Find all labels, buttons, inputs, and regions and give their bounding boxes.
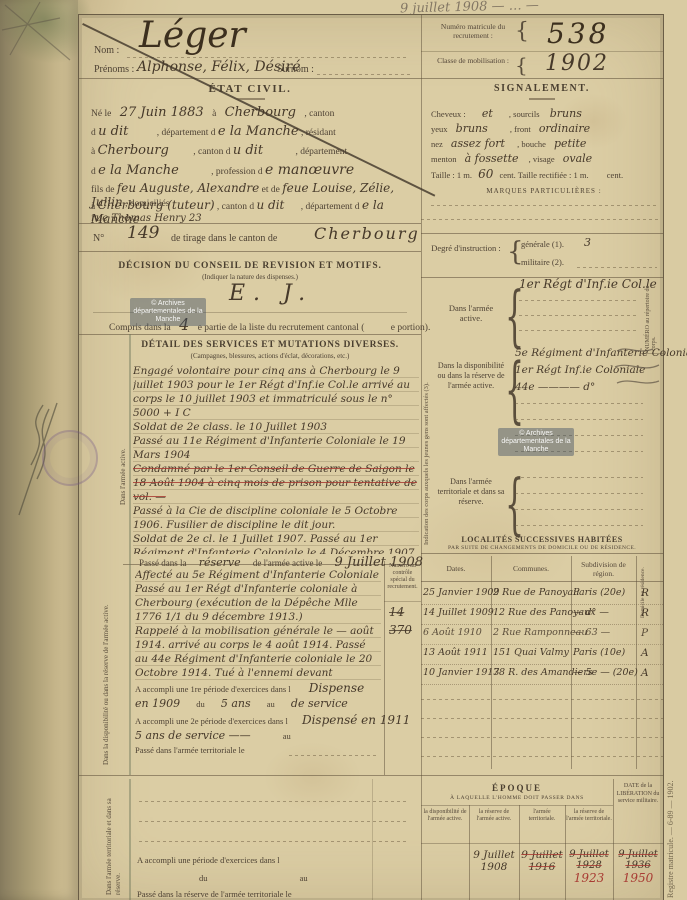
ec-birthdate: 27 Juin 1883	[120, 105, 204, 120]
front-label: , front	[510, 124, 531, 134]
localite-subdivision: — 5e — (20e)	[573, 667, 638, 678]
scanned-page: 9 juillet 1908 — … — Registre matricule.…	[0, 0, 687, 900]
epoque-col4-old: 9 Juillet 1928	[569, 849, 609, 871]
cheveux-label: Cheveux :	[431, 109, 466, 119]
localite-row: 10 Janvier 1913 78 R. des Amandiers — 5e…	[421, 665, 663, 685]
ec-l3-label: à	[91, 147, 95, 157]
localite-date: 14 Juillet 1909	[423, 607, 494, 618]
visage-label: , visage	[529, 154, 555, 164]
empty-row-line	[421, 737, 663, 738]
taille-label: Taille : 1 m.	[431, 170, 472, 180]
epoque-col3-value: 9 Juillet 1916	[520, 849, 564, 873]
service-entry: Soldat de 2e cl. le 1 Juillet 1907. Pass…	[133, 532, 419, 554]
prenoms-label: Prénoms :	[94, 64, 134, 75]
epoque-col2-value: 9 Juillet 1908	[471, 849, 517, 873]
corps-dispo-label: Dans la disponibilité ou dans la réserve…	[435, 361, 507, 391]
archive-watermark: © Archives départementales de la Manche	[130, 298, 206, 326]
territorial-line2: Passé dans la réserve de l'armée territo…	[137, 889, 292, 899]
ec-domicile: Cherbourg (tuteur)	[98, 198, 215, 212]
epoque-subtitle: À LAQUELLE L'HOMME DOIT PASSER DANS	[421, 795, 613, 801]
epoque-title: ÉPOQUE	[421, 783, 613, 793]
controle-value: 370	[389, 623, 419, 641]
periode1-value: Dispense	[309, 681, 364, 695]
bouche-value: petite	[554, 137, 586, 150]
yeux-value: bruns	[456, 122, 488, 135]
nez-label: nez	[431, 139, 443, 149]
territorial-du: du	[199, 873, 208, 883]
corps-line	[519, 330, 639, 331]
tirage-text: de tirage dans le canton de	[171, 233, 277, 244]
corps-active-value: 1er Régt d'Inf.ie Col.le	[519, 277, 657, 291]
nom-fill-line	[127, 57, 407, 58]
localite-domicile-letter: R	[641, 587, 649, 599]
rule	[79, 78, 663, 79]
instruction-militaire-label: militaire (2).	[521, 257, 564, 267]
territorial-line1: A accompli une période d'exercices dans …	[137, 855, 280, 865]
instruction-line	[577, 267, 657, 268]
periode2-service: 5 ans de service ——	[135, 729, 251, 742]
sourcils-label: , sourcils	[509, 109, 540, 119]
matricule-label: Numéro matricule du recrutement :	[434, 23, 512, 40]
controle-values: 14 370	[389, 605, 419, 641]
taille-rectifiee-label: cent. Taille rectifiée : 1 m.	[499, 170, 588, 180]
menton-value: à fossette	[465, 152, 519, 165]
service-entry: Rappelé à la mobilisation générale le — …	[135, 624, 381, 680]
epoque-col2-label: la réserve de l'armée active.	[470, 809, 518, 823]
rule	[129, 779, 131, 900]
title-underline	[237, 98, 265, 100]
empty-row-line	[421, 756, 663, 757]
sig-row-cheveux: Cheveux : et , sourcils bruns	[431, 107, 657, 122]
epoque-date-corrected: 1950	[615, 871, 661, 885]
ec-l1-canton: , canton	[304, 109, 334, 119]
matricule-value: 538	[547, 17, 609, 50]
service-entry: Affecté au 5e Régiment d'Infanterie Colo…	[135, 568, 381, 582]
epoque-date-old: 9 Juillet 1936	[618, 849, 658, 871]
ec-line2: d u dit , département d e la Manche , ré…	[91, 124, 413, 143]
localites-col-communes: Communes.	[493, 565, 569, 574]
epoque-date-label: DATE de la LIBÉRATION du service militai…	[615, 783, 661, 806]
periode1-du: du	[196, 699, 205, 709]
fill-line	[139, 841, 409, 842]
services-reserve-margin-label: Dans la disponibilité ou dans la réserve…	[101, 575, 123, 765]
corps-active-label: Dans l'armée active.	[439, 303, 503, 323]
epoque-col4-label: la réserve de l'armée territoriale.	[566, 809, 612, 823]
title-underline	[529, 98, 555, 100]
corps-territoriale-brace	[505, 467, 524, 544]
periode1-from: 5 ans	[221, 697, 251, 710]
epoque-date-value: 9 Juillet 1936 1950	[615, 849, 661, 885]
etat-civil-title: ÉTAT CIVIL.	[79, 83, 421, 95]
corps-line	[515, 403, 643, 404]
registre-matricule-sheet: Nom : Léger Prénoms : Alphonse, Félix, D…	[78, 14, 664, 900]
localites-title: LOCALITÉS SUCCESSIVES HABITÉES	[421, 535, 663, 544]
passe-b: de l'armée active le	[253, 558, 322, 568]
services-active-text: Engagé volontaire pour cinq ans à Cherbo…	[133, 364, 419, 554]
spine-note: Registre matricule. — 6-89 — 1902.	[666, 758, 675, 898]
localite-date: 6 Août 1910	[423, 627, 482, 638]
ec-departement2: e la Manche	[98, 163, 179, 178]
localites-subtitle: PAR SUITE DE CHANGEMENTS DE DOMICILE OU …	[421, 545, 663, 551]
ec-residence: Cherbourg	[98, 143, 169, 158]
front-value: ordinaire	[539, 122, 590, 135]
repertoire-label: NUMÉRO au répertoire du corps.	[645, 281, 657, 351]
rule	[129, 334, 131, 775]
localite-subdivision: — d° —	[573, 607, 609, 618]
ec-birthplace: Cherbourg	[225, 105, 296, 120]
rule	[372, 779, 373, 900]
territorial-margin-label: Dans l'armée territoriale et dans sa rés…	[105, 790, 123, 895]
periode1-au: au	[267, 699, 275, 709]
ec-line1: Né le 27 Juin 1883 à Cherbourg , canton	[91, 105, 413, 124]
decision-subtitle: (Indiquer la nature des dispenses.)	[79, 273, 421, 281]
tirage-canton: Cherbourg	[314, 224, 420, 243]
services-active-margin-label: Dans l'armée active.	[119, 375, 127, 505]
surnom-fill-line	[317, 74, 412, 75]
localite-row: 14 Juillet 1909 12 Rue des Panoyaux — d°…	[421, 605, 663, 625]
fill-line	[139, 821, 409, 822]
ec-line4: d e la Manche , profession d e manœuvre	[91, 162, 413, 181]
service-entry: Passé au 11e Régiment d'Infanterie Colon…	[133, 434, 419, 462]
epoque-col4-value: 9 Juillet 1928 1923	[566, 849, 612, 885]
epoque-col1-label: la disponibilité de l'armée active.	[422, 809, 468, 823]
ec-l6-canton: , canton d	[217, 202, 254, 212]
ec-l2-res: , résidant	[301, 128, 336, 138]
yeux-label: yeux	[431, 124, 448, 134]
tirage-no-label: N°	[93, 233, 104, 244]
nez-value: assez fort	[451, 137, 505, 150]
services-title: DÉTAIL DES SERVICES ET MUTATIONS DIVERSE…	[119, 340, 421, 350]
ec-line5: fils de feu Auguste, Alexandre et de feu…	[91, 181, 413, 198]
localite-domicile-letter: R	[641, 607, 649, 619]
marques-line	[421, 219, 661, 220]
signalement-block: Cheveux : et , sourcils bruns yeux bruns…	[431, 107, 657, 195]
marques-line	[431, 205, 657, 206]
sig-row-menton: menton à fossette , visage ovale	[431, 152, 657, 167]
decision-title: DÉCISION DU CONSEIL DE REVISION ET MOTIF…	[79, 261, 421, 271]
ec-l6-dep: , département d	[301, 202, 360, 212]
service-entry: Condamné par le 1er Conseil de Guerre de…	[133, 462, 419, 504]
services-subtitle: (Campagnes, blessures, actions d'éclat, …	[119, 352, 421, 360]
corps-territoriale-label: Dans l'armée territoriale et dans sa rés…	[435, 477, 507, 507]
empty-row-line	[421, 699, 663, 700]
ec-canton1: u dit	[98, 124, 128, 139]
sig-row-yeux: yeux bruns , front ordinaire	[431, 122, 657, 137]
taille-cent-label: cent.	[607, 170, 623, 180]
service-entry: Passé au 1er Régt d'Infanterie coloniale…	[135, 582, 381, 624]
cheveux-value: et	[482, 107, 493, 120]
localites-col-dates: Dates.	[423, 565, 489, 574]
ec-line6: à Cherbourg (tuteur) , canton d u dit , …	[91, 198, 413, 213]
ec-l3-dep: , département	[295, 147, 347, 157]
localite-row: 25 Janvier 1909 2 Rue de Panoyau Paris (…	[421, 585, 663, 605]
ec-l3-canton: , canton d	[193, 147, 230, 157]
ec-l2-dep: , département d	[157, 128, 216, 138]
ec-departement1: e la Manche	[218, 124, 299, 139]
nom-value: Léger	[139, 15, 246, 56]
round-stamp	[42, 430, 98, 486]
periode1-label: A accompli une 1re période d'exercices d…	[135, 684, 291, 694]
periode1-line2: en 1909 du 5 ans au de service	[135, 697, 348, 710]
ec-l6-a: à	[91, 202, 95, 212]
rule	[421, 843, 663, 844]
matricule-brace	[515, 19, 529, 44]
territorial-au: au	[300, 873, 308, 883]
rule	[421, 15, 422, 900]
localite-subdivision: Paris (10e)	[573, 647, 625, 658]
empty-row-line	[421, 718, 663, 719]
service-entry: Passé à la Cie de discipline coloniale l…	[133, 504, 419, 532]
controle-value: 14	[389, 605, 419, 623]
marques-label: MARQUES PARTICULIÈRES :	[431, 187, 657, 195]
ec-line3: à Cherbourg , canton d u dit , départeme…	[91, 143, 413, 162]
fill-line	[139, 801, 409, 802]
ec-father: feu Auguste, Alexandre	[117, 181, 259, 195]
tirage-number: 149	[127, 223, 159, 243]
instruction-generale-label: générale (1).	[521, 239, 564, 249]
corps-line	[515, 509, 643, 510]
localite-subdivision: — 63 —	[573, 627, 610, 638]
ec-l1-label: Né le	[91, 109, 111, 119]
periode2-value: Dispensé en 1911	[302, 713, 410, 727]
periode1-to: de service	[291, 697, 348, 710]
territorial-exercices-label: A accompli une période d'exercices dans …	[137, 855, 280, 865]
menton-label: menton	[431, 154, 457, 164]
localites-rows: 25 Janvier 1909 2 Rue de Panoyau Paris (…	[421, 585, 663, 685]
instruction-label: Degré d'instruction :	[431, 243, 501, 253]
passe-a: Passé dans la	[139, 558, 187, 568]
prenoms-value: Alphonse, Félix, Désiré	[137, 59, 301, 75]
corps-line	[515, 419, 643, 420]
nom-label: Nom :	[94, 45, 119, 56]
rule	[421, 553, 663, 554]
ec-profession: e manœuvre	[265, 162, 354, 178]
localites-col-subdivision: Subdivision de région.	[573, 561, 634, 578]
localite-date: 13 Août 1911	[423, 647, 488, 658]
sig-row-taille: Taille : 1 m. 60 cent. Taille rectifiée …	[431, 167, 657, 183]
bouche-label: , bouche	[517, 139, 546, 149]
visage-value: ovale	[563, 152, 592, 165]
rule	[421, 51, 663, 52]
classe-brace	[515, 53, 528, 77]
ec-l2-label: d	[91, 128, 96, 138]
rule	[384, 601, 421, 602]
rule	[79, 775, 663, 776]
localite-domicile-letter: A	[641, 647, 649, 659]
ec-canton2: u dit	[233, 143, 263, 158]
periode1-year: en 1909	[135, 697, 180, 710]
periode2-label: A accompli une 2e période d'exercices da…	[135, 716, 288, 726]
archive-watermark: © Archives départementales de la Manche	[498, 428, 574, 456]
surnom-label: Surnom :	[277, 64, 314, 75]
service-entry: Engagé volontaire pour cinq ans à Cherbo…	[133, 364, 419, 420]
corps-side-label: Indication des corps auxquels les jeunes…	[423, 283, 430, 545]
signalement-title: SIGNALEMENT.	[421, 83, 663, 94]
ec-l5-et: et de	[262, 185, 280, 195]
corps-line	[515, 525, 643, 526]
rule	[421, 581, 663, 582]
services-reserve-text: Affecté au 5e Régiment d'Infanterie Colo…	[135, 568, 381, 680]
ec-l1-a: à	[212, 109, 216, 119]
localite-commune: 151 Quai Valmy	[493, 647, 569, 658]
periode1-line: A accompli une 1re période d'exercices d…	[135, 681, 364, 695]
localite-row: 13 Août 1911 151 Quai Valmy Paris (10e) …	[421, 645, 663, 665]
epoque-col3-label: l'armée territoriale.	[520, 809, 564, 823]
corps-line	[519, 315, 639, 316]
fill-line	[289, 755, 379, 756]
classe-label: Classe de mobilisation :	[434, 57, 512, 66]
controle-label: Numéro au contrôle spécial du recrutemen…	[385, 563, 420, 591]
service-entry: Soldat de 2e class. le 10 Juillet 1903	[133, 420, 419, 434]
sig-row-nez: nez assez fort , bouche petite	[431, 137, 657, 152]
corps-line	[515, 493, 643, 494]
periode2-au: au	[283, 731, 291, 741]
corps-line	[515, 477, 643, 478]
rule	[421, 805, 613, 806]
ec-l5-fils: fils de	[91, 185, 114, 195]
compris-b: e partie de la liste du recrutement cant…	[198, 323, 365, 333]
rule	[613, 779, 614, 900]
localite-domicile-letter: P	[641, 627, 648, 639]
territorial-duau: du au	[199, 873, 308, 883]
classe-value: 1902	[545, 51, 609, 76]
etat-civil-block: Né le 27 Juin 1883 à Cherbourg , canton …	[91, 105, 413, 224]
localite-commune: 2 Rue de Panoyau	[493, 587, 579, 598]
epoque-col4-corrected: 1923	[566, 871, 612, 885]
rule	[421, 233, 663, 234]
localite-date: 10 Janvier 1913	[423, 667, 499, 678]
decision-value: E. J.	[229, 281, 313, 306]
sourcils-value: bruns	[550, 107, 582, 120]
ec-l4-label: d	[91, 167, 96, 177]
ec-l4-prof: , profession d	[211, 167, 262, 177]
margin-scribbles	[613, 343, 663, 403]
periode2-line: A accompli une 2e période d'exercices da…	[135, 713, 410, 727]
localite-date: 25 Janvier 1909	[423, 587, 499, 598]
instruction-generale-value: 3	[584, 236, 591, 249]
territoriale-pass-line: Passé dans l'armée territoriale le	[135, 745, 245, 755]
taille-value: 60	[478, 167, 493, 181]
localite-row: 6 Août 1910 2 Rue Ramponneau — 63 — P	[421, 625, 663, 645]
rule	[79, 251, 421, 252]
corps-line	[519, 300, 639, 301]
periode2-line2: 5 ans de service —— au	[135, 729, 291, 742]
localite-subdivision: Paris (20e)	[573, 587, 625, 598]
rule	[384, 561, 385, 775]
localite-domicile-letter: A	[641, 667, 649, 679]
ec-canton3: u dit	[256, 198, 284, 212]
